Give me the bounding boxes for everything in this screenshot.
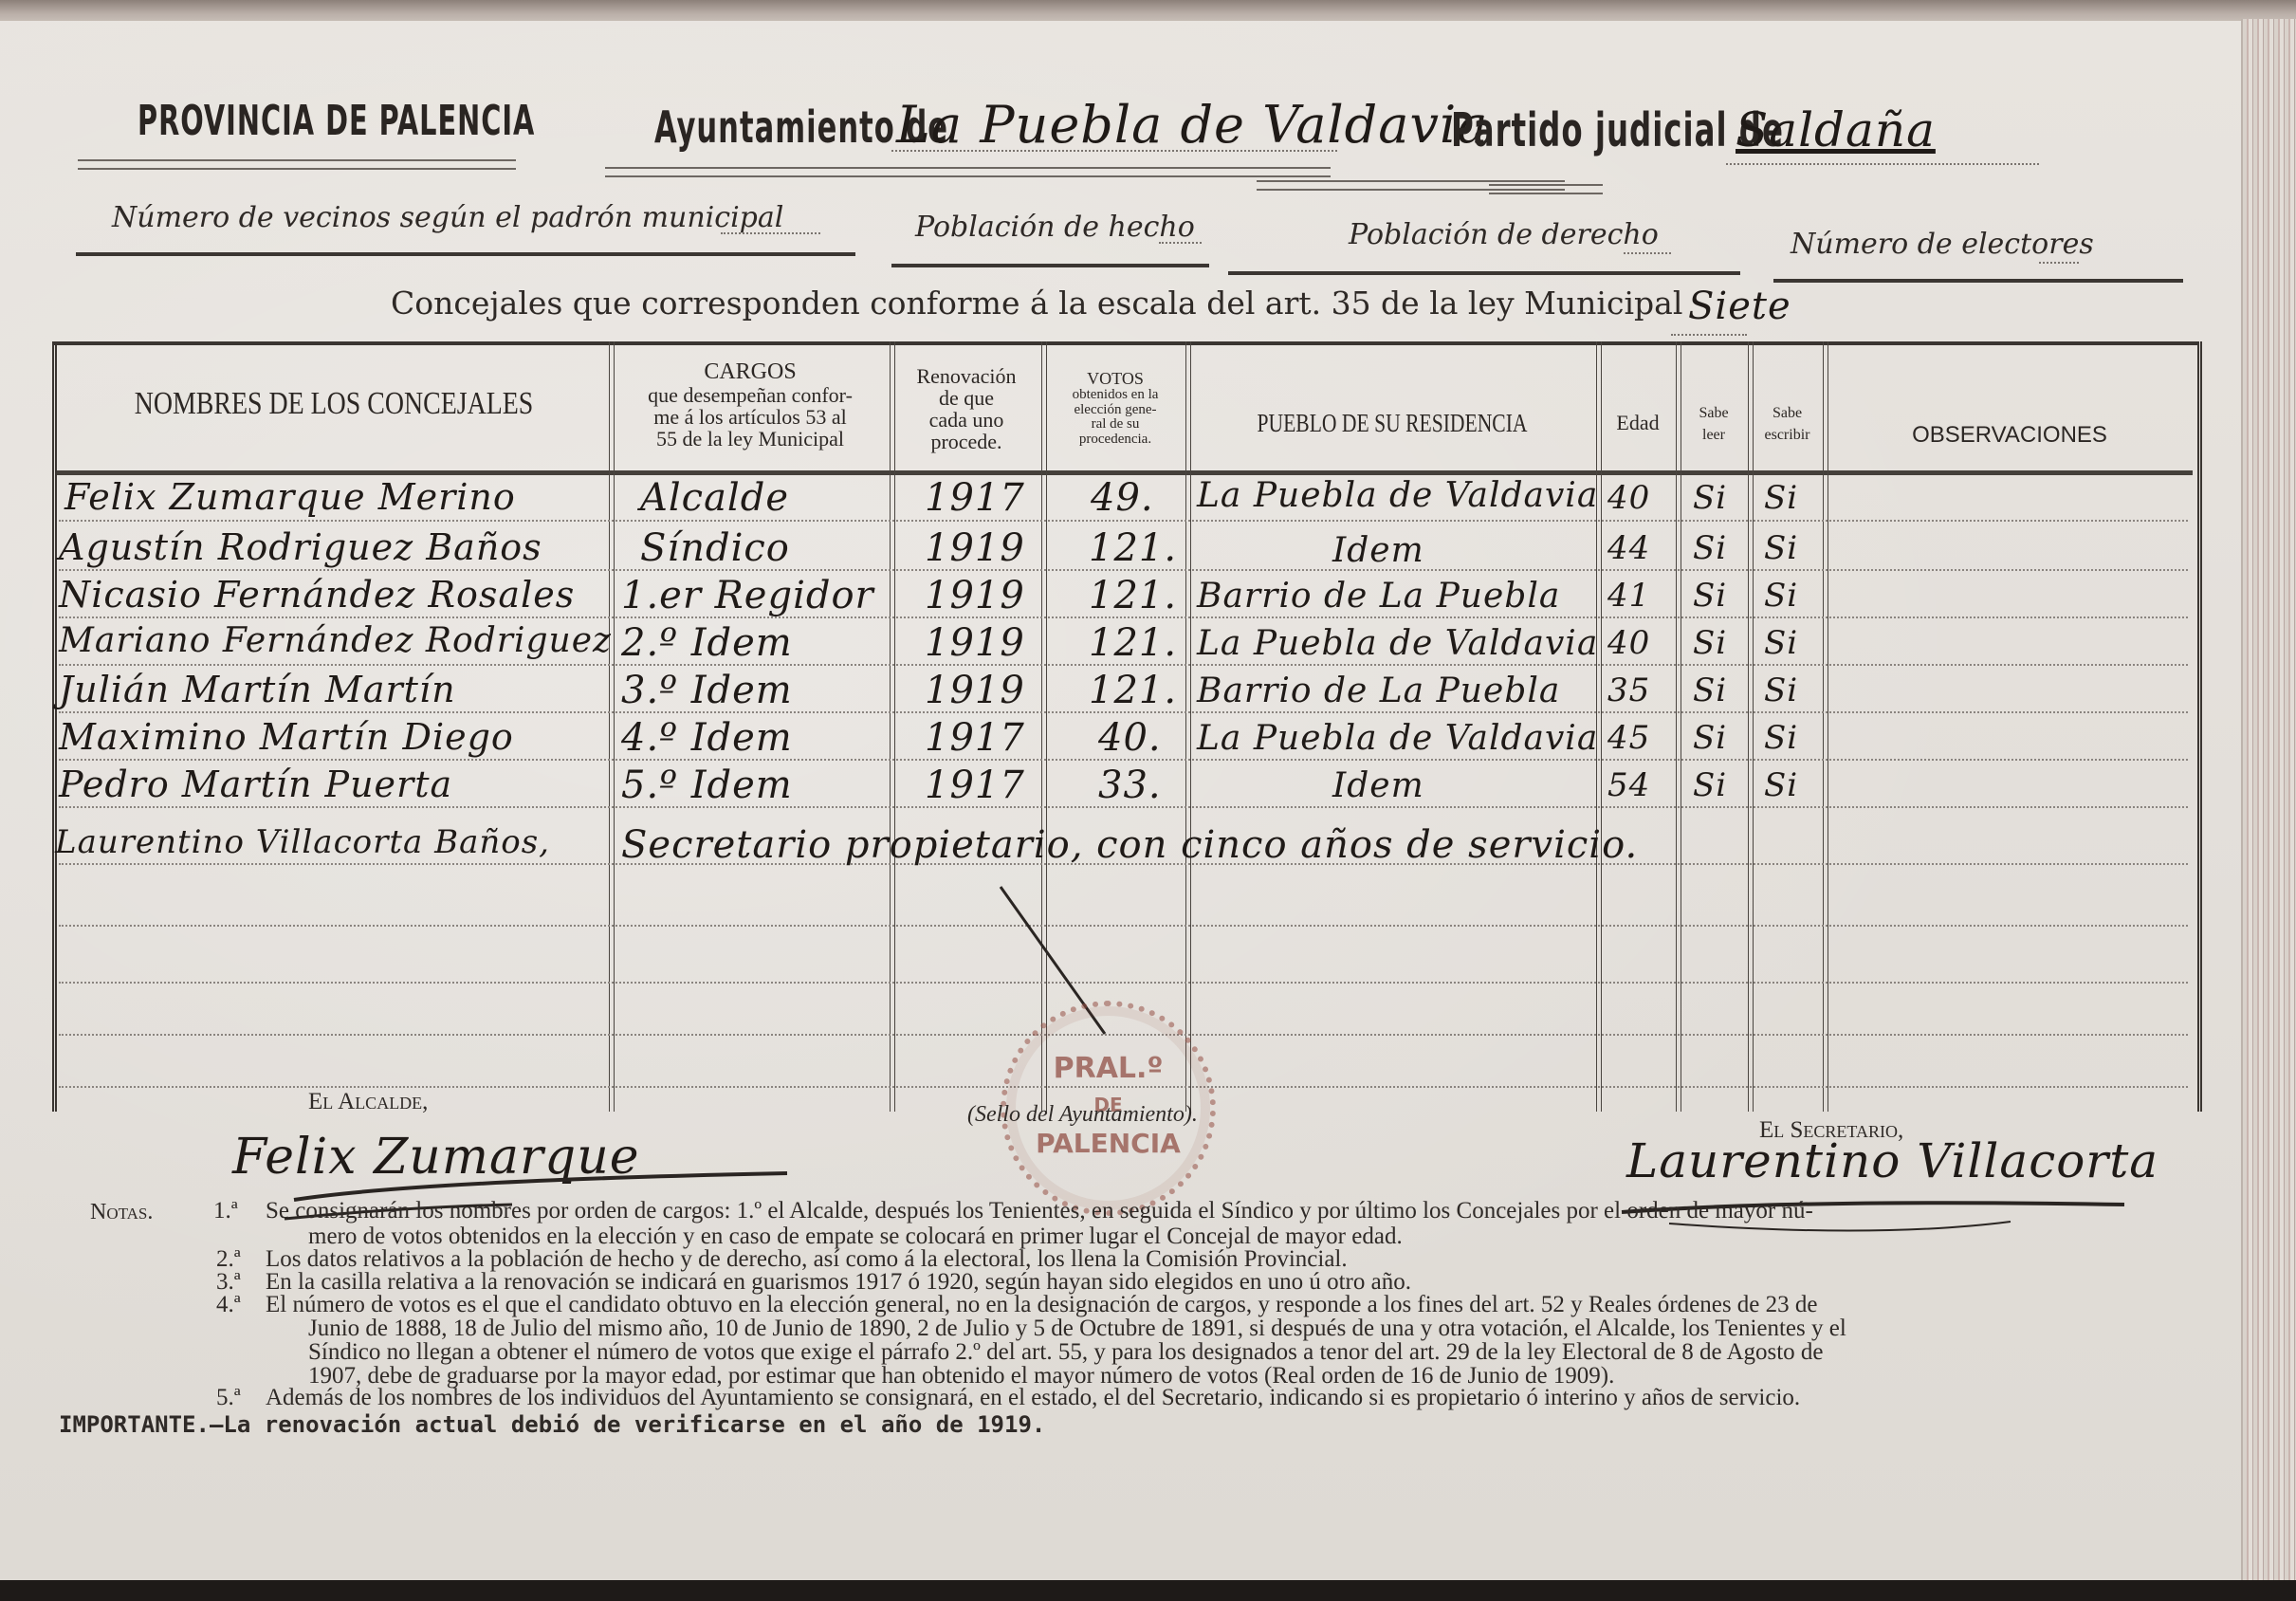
cargos-sub: 55 de la ley Municipal — [612, 428, 889, 450]
cell-escribir: Si — [1764, 766, 1798, 804]
cargos-title: CARGOS — [612, 360, 889, 384]
cell-renovacion: 1919 — [925, 621, 1025, 665]
cell-nombre: Nicasio Fernández Rosales — [59, 574, 575, 616]
cargos-sub: me á los artículos 53 al — [612, 406, 889, 428]
cell-pueblo: Idem — [1332, 531, 1424, 570]
note-1-num: 1.ª — [213, 1198, 238, 1224]
cell-leer: Si — [1693, 577, 1727, 615]
note-4-line-1: El número de votos es el que el candidat… — [266, 1292, 1818, 1318]
concejales-dotfill — [1671, 334, 1747, 336]
partido-dotfill — [1726, 163, 2039, 165]
derecho-label: Población de derecho — [1349, 218, 1659, 251]
cell-cargo: 2.º Idem — [621, 621, 793, 665]
col-header-edad: Edad — [1599, 412, 1677, 433]
cell-pueblo: La Puebla de Valdavia — [1197, 476, 1598, 515]
cell-edad: 54 — [1607, 766, 1650, 804]
cell-leer: Si — [1693, 672, 1727, 709]
cell-nombre: Pedro Martín Puerta — [59, 764, 452, 805]
col-header-escribir: Sabe escribir — [1751, 406, 1824, 444]
leer-line: leer — [1679, 428, 1749, 444]
escribir-line: Sabe — [1751, 406, 1824, 422]
derecho-rule — [1228, 271, 1740, 275]
ayuntamiento-value: La Puebla de Valdavia — [896, 95, 1488, 155]
note-5-num: 5.ª — [216, 1385, 241, 1411]
cell-cargo: 5.º Idem — [621, 764, 793, 807]
concejales-value: Siete — [1688, 285, 1791, 328]
cell-cargo: Alcalde — [640, 476, 789, 520]
cell-nombre: Felix Zumarque Merino — [64, 476, 516, 518]
stamp-line-3: PALENCIA — [1006, 1128, 1210, 1159]
cell-votos: 33. — [1098, 764, 1162, 807]
cell-leer: Si — [1693, 766, 1727, 804]
renov-line: de que — [891, 387, 1041, 409]
votos-title: VOTOS — [1045, 370, 1185, 388]
votos-line: ral de su — [1045, 417, 1185, 432]
notes-label: Notas. — [90, 1200, 153, 1225]
col-header-renovacion: Renovación de que cada uno procede. — [891, 365, 1041, 452]
note-4-line-2: Junio de 1888, 18 de Julio del mismo año… — [308, 1316, 1846, 1342]
col-divider — [1676, 341, 1681, 1112]
alcalde-label: El Alcalde, — [308, 1089, 428, 1115]
cell-renovacion: 1917 — [925, 716, 1025, 760]
note-5-line-1: Además de los nombres de los individuos … — [266, 1385, 1800, 1411]
cell-renovacion: 1917 — [925, 764, 1025, 807]
col-header-nombres: NOMBRES DE LOS CONCEJALES — [108, 387, 560, 421]
row-rule — [59, 520, 2188, 522]
cell-renovacion: 1919 — [925, 526, 1025, 570]
electores-rule — [1773, 279, 2183, 283]
cell-nombre: Maximino Martín Diego — [59, 716, 514, 758]
cell-edad: 44 — [1607, 529, 1650, 567]
secretario-signature: Laurentino Villacorta — [1626, 1133, 2158, 1188]
cell-escribir: Si — [1764, 672, 1798, 709]
cell-escribir: Si — [1764, 529, 1798, 567]
cell-escribir: Si — [1764, 479, 1798, 517]
cell-cargo: 1.er Regidor — [621, 574, 874, 617]
partido-value: Saldaña — [1736, 102, 1936, 157]
cell-pueblo: La Puebla de Valdavia — [1197, 624, 1598, 663]
cell-leer: Si — [1693, 529, 1727, 567]
cell-escribir: Si — [1764, 624, 1798, 662]
cell-renovacion: 1919 — [925, 574, 1025, 617]
electores-field[interactable] — [2039, 262, 2079, 264]
cell-renovacion: 1917 — [925, 476, 1025, 520]
cell-nombre: Mariano Fernández Rodriguez — [59, 621, 612, 660]
votos-line: procedencia. — [1045, 432, 1185, 448]
ayuntamiento-rule — [605, 167, 1331, 177]
note-1-line-1: Se consignarán los nombres por orden de … — [266, 1198, 1813, 1224]
col-divider — [1823, 341, 1828, 1112]
cell-nombre: Julián Martín Martín — [59, 669, 456, 710]
electores-label: Número de electores — [1791, 228, 2094, 261]
cell-secretario-nota: Secretario propietario, con cinco años d… — [621, 823, 1638, 867]
vecinos-rule — [76, 252, 855, 256]
cell-renovacion: 1919 — [925, 669, 1025, 712]
cell-leer: Si — [1693, 719, 1727, 757]
cell-votos: 121. — [1089, 621, 1177, 665]
cargos-sub: que desempeñan confor- — [612, 384, 889, 406]
cell-votos: 40. — [1098, 716, 1162, 760]
col-divider — [609, 341, 615, 1112]
votos-line: obtenidos en la — [1045, 388, 1185, 403]
cell-leer: Si — [1693, 479, 1727, 517]
table-header-rule — [57, 470, 2193, 475]
hecho-rule — [891, 264, 1209, 267]
cell-leer: Si — [1693, 624, 1727, 662]
cell-edad: 40 — [1607, 479, 1650, 517]
vecinos-field[interactable] — [721, 232, 820, 234]
note-4-line-3: Síndico no llegan a obtener el número de… — [308, 1339, 1824, 1366]
partido-rule-2 — [1489, 184, 1603, 194]
sello-label: (Sello del Ayuntamiento). — [967, 1102, 1198, 1128]
concejales-label: Concejales que corresponden conforme á l… — [391, 285, 1682, 322]
province-title: PROVINCIA DE PALENCIA — [138, 96, 535, 144]
col-header-leer: Sabe leer — [1679, 406, 1749, 444]
cell-cargo: 4.º Idem — [621, 716, 793, 760]
cell-votos: 121. — [1089, 526, 1177, 570]
col-header-votos: VOTOS obtenidos en la elección gene- ral… — [1045, 370, 1185, 448]
cell-edad: 40 — [1607, 624, 1650, 662]
book-bottom-edge — [0, 1580, 2296, 1601]
votos-line: elección gene- — [1045, 403, 1185, 418]
renov-line: Renovación — [891, 365, 1041, 387]
cell-votos: 49. — [1091, 476, 1154, 520]
renov-line: cada uno — [891, 409, 1041, 431]
ayuntamiento-dotfill — [891, 150, 1337, 152]
note-4-num: 4.ª — [216, 1292, 241, 1318]
col-divider — [1185, 341, 1191, 1112]
vecinos-label: Número de vecinos según el padrón munici… — [112, 201, 783, 234]
col-header-pueblo: PUEBLO DE SU RESIDENCIA — [1229, 410, 1555, 436]
book-page-edges — [2241, 19, 2296, 1584]
col-divider — [890, 341, 895, 1112]
cell-secretario-nombre: Laurentino Villacorta Baños, — [55, 823, 550, 861]
cell-cargo: Síndico — [640, 526, 790, 570]
cell-edad: 35 — [1607, 672, 1650, 709]
cell-pueblo: Idem — [1332, 766, 1424, 805]
renov-line: procede. — [891, 431, 1041, 452]
cell-votos: 121. — [1089, 574, 1177, 617]
hecho-label: Población de hecho — [915, 211, 1195, 244]
col-header-observaciones: OBSERVACIONES — [1827, 423, 2193, 447]
derecho-field[interactable] — [1624, 252, 1671, 254]
importante-note: IMPORTANTE.—La renovación actual debió d… — [59, 1411, 1045, 1438]
cell-escribir: Si — [1764, 577, 1798, 615]
leer-line: Sabe — [1679, 406, 1749, 422]
cell-escribir: Si — [1764, 719, 1798, 757]
escribir-line: escribir — [1751, 428, 1824, 444]
col-header-cargos: CARGOS que desempeñan confor- me á los a… — [612, 360, 889, 450]
cell-pueblo: Barrio de La Puebla — [1197, 672, 1560, 710]
cell-votos: 121. — [1089, 669, 1177, 712]
province-rule — [78, 159, 516, 170]
partido-label: Partido judicial de — [1451, 105, 1784, 157]
hecho-field[interactable] — [1159, 242, 1202, 244]
col-divider — [1748, 341, 1754, 1112]
cell-cargo: 3.º Idem — [621, 669, 793, 712]
cell-edad: 45 — [1607, 719, 1650, 757]
cell-pueblo: La Puebla de Valdavia — [1197, 719, 1598, 758]
cell-pueblo: Barrio de La Puebla — [1197, 577, 1560, 616]
cell-edad: 41 — [1607, 577, 1650, 615]
stamp-line-1: PRAL.º — [1006, 1052, 1210, 1085]
cell-nombre: Agustín Rodriguez Baños — [59, 526, 542, 568]
